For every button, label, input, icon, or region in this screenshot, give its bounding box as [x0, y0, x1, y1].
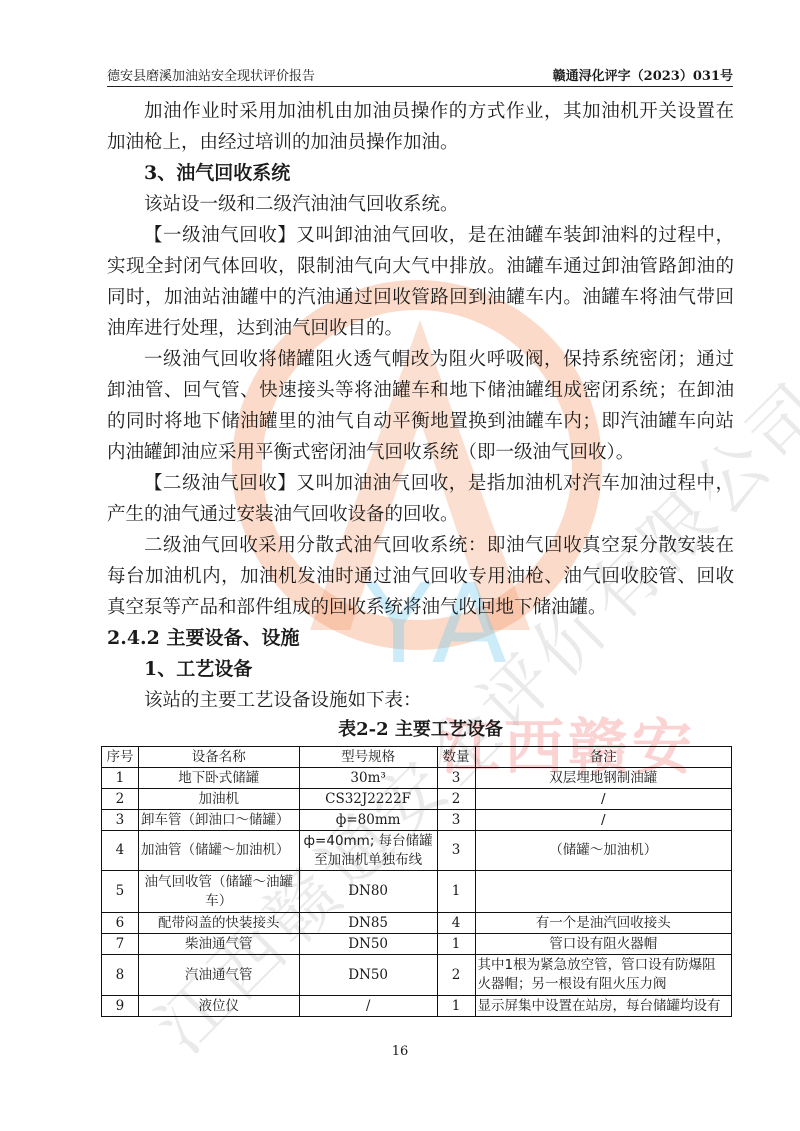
cell-index: 2: [102, 789, 139, 810]
cell-qty: 1: [437, 934, 475, 955]
table-row: 4 加油管（储罐～加油机） ф=40mm; 每台储罐至加油机单独布线 3 （储罐…: [102, 831, 732, 871]
cell-index: 6: [102, 913, 139, 934]
heading-main-equipment: 2.4.2 主要设备、设施: [107, 623, 734, 654]
cell-qty: 1: [437, 871, 475, 913]
paragraph-stage1-detail: 一级油气回收将储罐阻火透气帽改为阻火呼吸阀，保持系统密闭；通过卸油管、回气管、快…: [107, 344, 734, 468]
cell-qty: 4: [437, 913, 475, 934]
header-cell: 数量: [437, 747, 475, 768]
cell-index: 4: [102, 831, 139, 871]
table-row: 1 地下卧式储罐 30m³ 3 双层埋地钢制油罐: [102, 768, 732, 789]
equipment-table: 序号 设备名称 型号规格 数量 备注 1 地下卧式储罐 30m³ 3 双层埋地钢…: [101, 746, 732, 1017]
table-row: 5 油气回收管（储罐～油罐车） DN80 1: [102, 871, 732, 913]
cell-note: /: [475, 789, 732, 810]
header-cell: 型号规格: [299, 747, 437, 768]
cell-name: 加油管（储罐～加油机）: [138, 831, 299, 871]
running-header: 德安县磨溪加油站安全现状评价报告 赣通浔化评字（2023）031号: [107, 66, 733, 87]
cell-spec: DN80: [299, 871, 437, 913]
paragraph-vapor-intro: 该站设一级和二级汽油油气回收系统。: [107, 189, 734, 220]
table-row: 6 配带闷盖的快装接头 DN85 4 有一个是油汽回收接头: [102, 913, 732, 934]
paragraph-stage2: 【二级油气回收】又叫加油油气回收，是指加油机对汽车加油过程中，产生的油气通过安装…: [107, 468, 734, 530]
document-page: YA 江西赣安 江西赣通安全评价有限公司 德安县磨溪加油站安全现状评价报告 赣通…: [0, 0, 800, 1131]
cell-qty: 3: [437, 768, 475, 789]
cell-spec: ф=40mm; 每台储罐至加油机单独布线: [299, 831, 437, 871]
cell-qty: 2: [437, 789, 475, 810]
header-cell: 设备名称: [138, 747, 299, 768]
table-row: 9 液位仪 / 1 显示屏集中设置在站房，每台储罐均设有: [102, 996, 732, 1017]
cell-index: 5: [102, 871, 139, 913]
paragraph-refueling: 加油作业时采用加油机由加油员操作的方式作业，其加油机开关设置在加油枪上，由经过培…: [107, 96, 734, 158]
cell-name: 配带闷盖的快装接头: [138, 913, 299, 934]
cell-qty: 2: [437, 955, 475, 996]
report-title: 德安县磨溪加油站安全现状评价报告: [107, 65, 315, 84]
paragraph-table-intro: 该站的主要工艺设备设施如下表：: [107, 685, 734, 716]
cell-note: 有一个是油汽回收接头: [475, 913, 732, 934]
cell-spec: ф=80mm: [299, 810, 437, 831]
page-number: 16: [0, 1044, 800, 1059]
cell-name: 地下卧式储罐: [138, 768, 299, 789]
paragraph-stage2-detail: 二级油气回收采用分散式油气回收系统：即油气回收真空泵分散安装在每台加油机内，加油…: [107, 530, 734, 623]
cell-spec: CS32J2222F: [299, 789, 437, 810]
report-number: 赣通浔化评字（2023）031号: [553, 65, 733, 84]
table-row: 2 加油机 CS32J2222F 2 /: [102, 789, 732, 810]
cell-spec: DN50: [299, 934, 437, 955]
cell-index: 7: [102, 934, 139, 955]
cell-index: 9: [102, 996, 139, 1017]
table-row: 7 柴油通气管 DN50 1 管口设有阻火器帽: [102, 934, 732, 955]
cell-index: 1: [102, 768, 139, 789]
cell-spec: DN85: [299, 913, 437, 934]
cell-note: 双层埋地钢制油罐: [475, 768, 732, 789]
cell-name: 加油机: [138, 789, 299, 810]
heading-vapor-recovery: 3、油气回收系统: [107, 158, 734, 189]
heading-process-equipment: 1、工艺设备: [107, 654, 734, 685]
cell-spec: /: [299, 996, 437, 1017]
cell-qty: 3: [437, 810, 475, 831]
cell-name: 油气回收管（储罐～油罐车）: [138, 871, 299, 913]
table-row: 8 汽油通气管 DN50 2 其中1根为紧急放空管，管口设有防爆阻火器帽；另一根…: [102, 955, 732, 996]
header-cell: 序号: [102, 747, 139, 768]
cell-name: 汽油通气管: [138, 955, 299, 996]
cell-qty: 3: [437, 831, 475, 871]
cell-qty: 1: [437, 996, 475, 1017]
cell-note: [475, 871, 732, 913]
paragraph-stage1: 【一级油气回收】又叫卸油油气回收，是在油罐车装卸油料的过程中，实现全封闭气体回收…: [107, 220, 734, 344]
table-caption: 表2-2 主要工艺设备: [107, 717, 734, 743]
header-cell: 备注: [475, 747, 732, 768]
cell-note: /: [475, 810, 732, 831]
cell-note: （储罐～加油机）: [475, 831, 732, 871]
cell-note: 管口设有阻火器帽: [475, 934, 732, 955]
cell-note: 其中1根为紧急放空管，管口设有防爆阻火器帽；另一根设有阻火压力阀: [475, 955, 732, 996]
cell-name: 柴油通气管: [138, 934, 299, 955]
cell-spec: 30m³: [299, 768, 437, 789]
cell-index: 8: [102, 955, 139, 996]
body-text: 加油作业时采用加油机由加油员操作的方式作业，其加油机开关设置在加油枪上，由经过培…: [107, 96, 734, 743]
cell-note: 显示屏集中设置在站房，每台储罐均设有: [475, 996, 732, 1017]
cell-name: 卸车管（卸油口～储罐）: [138, 810, 299, 831]
table-header-row: 序号 设备名称 型号规格 数量 备注: [102, 747, 732, 768]
cell-name: 液位仪: [138, 996, 299, 1017]
cell-spec: DN50: [299, 955, 437, 996]
table-row: 3 卸车管（卸油口～储罐） ф=80mm 3 /: [102, 810, 732, 831]
cell-index: 3: [102, 810, 139, 831]
